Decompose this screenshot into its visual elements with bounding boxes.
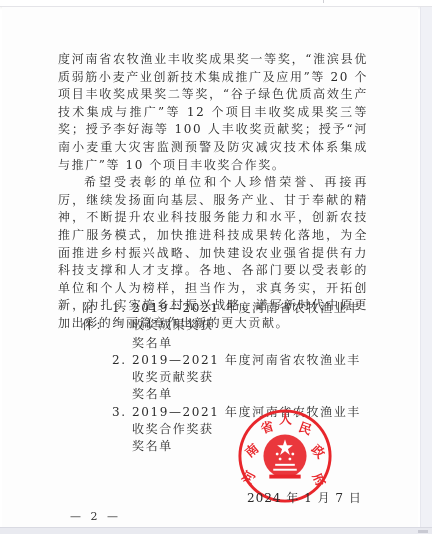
svg-text:省: 省: [259, 418, 276, 437]
svg-text:南: 南: [242, 440, 262, 461]
viewer-top-bar: [0, 0, 432, 7]
horizontal-scrollbar[interactable]: [0, 527, 432, 534]
divider: [323, 0, 324, 3]
attachment-item-1: 附件： 1. 2019—2021 年度河南省农牧渔业丰收奖成果奖获 奖名单: [82, 300, 372, 352]
vertical-scrollbar[interactable]: [420, 7, 432, 527]
scroll-thumb[interactable]: [418, 530, 428, 533]
attachment-title-cont: 奖名单: [132, 387, 173, 401]
attachment-title: 2019—2021 年度河南省农牧渔业丰收奖贡献奖获: [132, 353, 361, 384]
svg-text:人: 人: [279, 413, 292, 428]
attachments-label: 附件：: [82, 300, 112, 352]
attachment-title: 2019—2021 年度河南省农牧渔业丰收奖成果奖获: [132, 301, 361, 332]
signing-date: 2024 年 1 月 7 日: [247, 489, 362, 506]
attachment-title-cont: 奖名单: [132, 336, 173, 350]
page-number: — 2 —: [70, 510, 121, 523]
attachment-title-cont: 奖名单: [132, 439, 173, 453]
document-body: 度河南省农牧渔业丰收奖成果奖一等奖，“淮滨县优质弱筋小麦产业创新技术集成推广及应…: [58, 51, 368, 333]
paragraph-awards: 度河南省农牧渔业丰收奖成果奖一等奖，“淮滨县优质弱筋小麦产业创新技术集成推广及应…: [58, 51, 368, 174]
svg-text:政: 政: [308, 442, 329, 463]
svg-text:民: 民: [296, 420, 313, 439]
attachment-item-2: 2. 2019—2021 年度河南省农牧渔业丰收奖贡献奖获 奖名单: [82, 352, 372, 404]
